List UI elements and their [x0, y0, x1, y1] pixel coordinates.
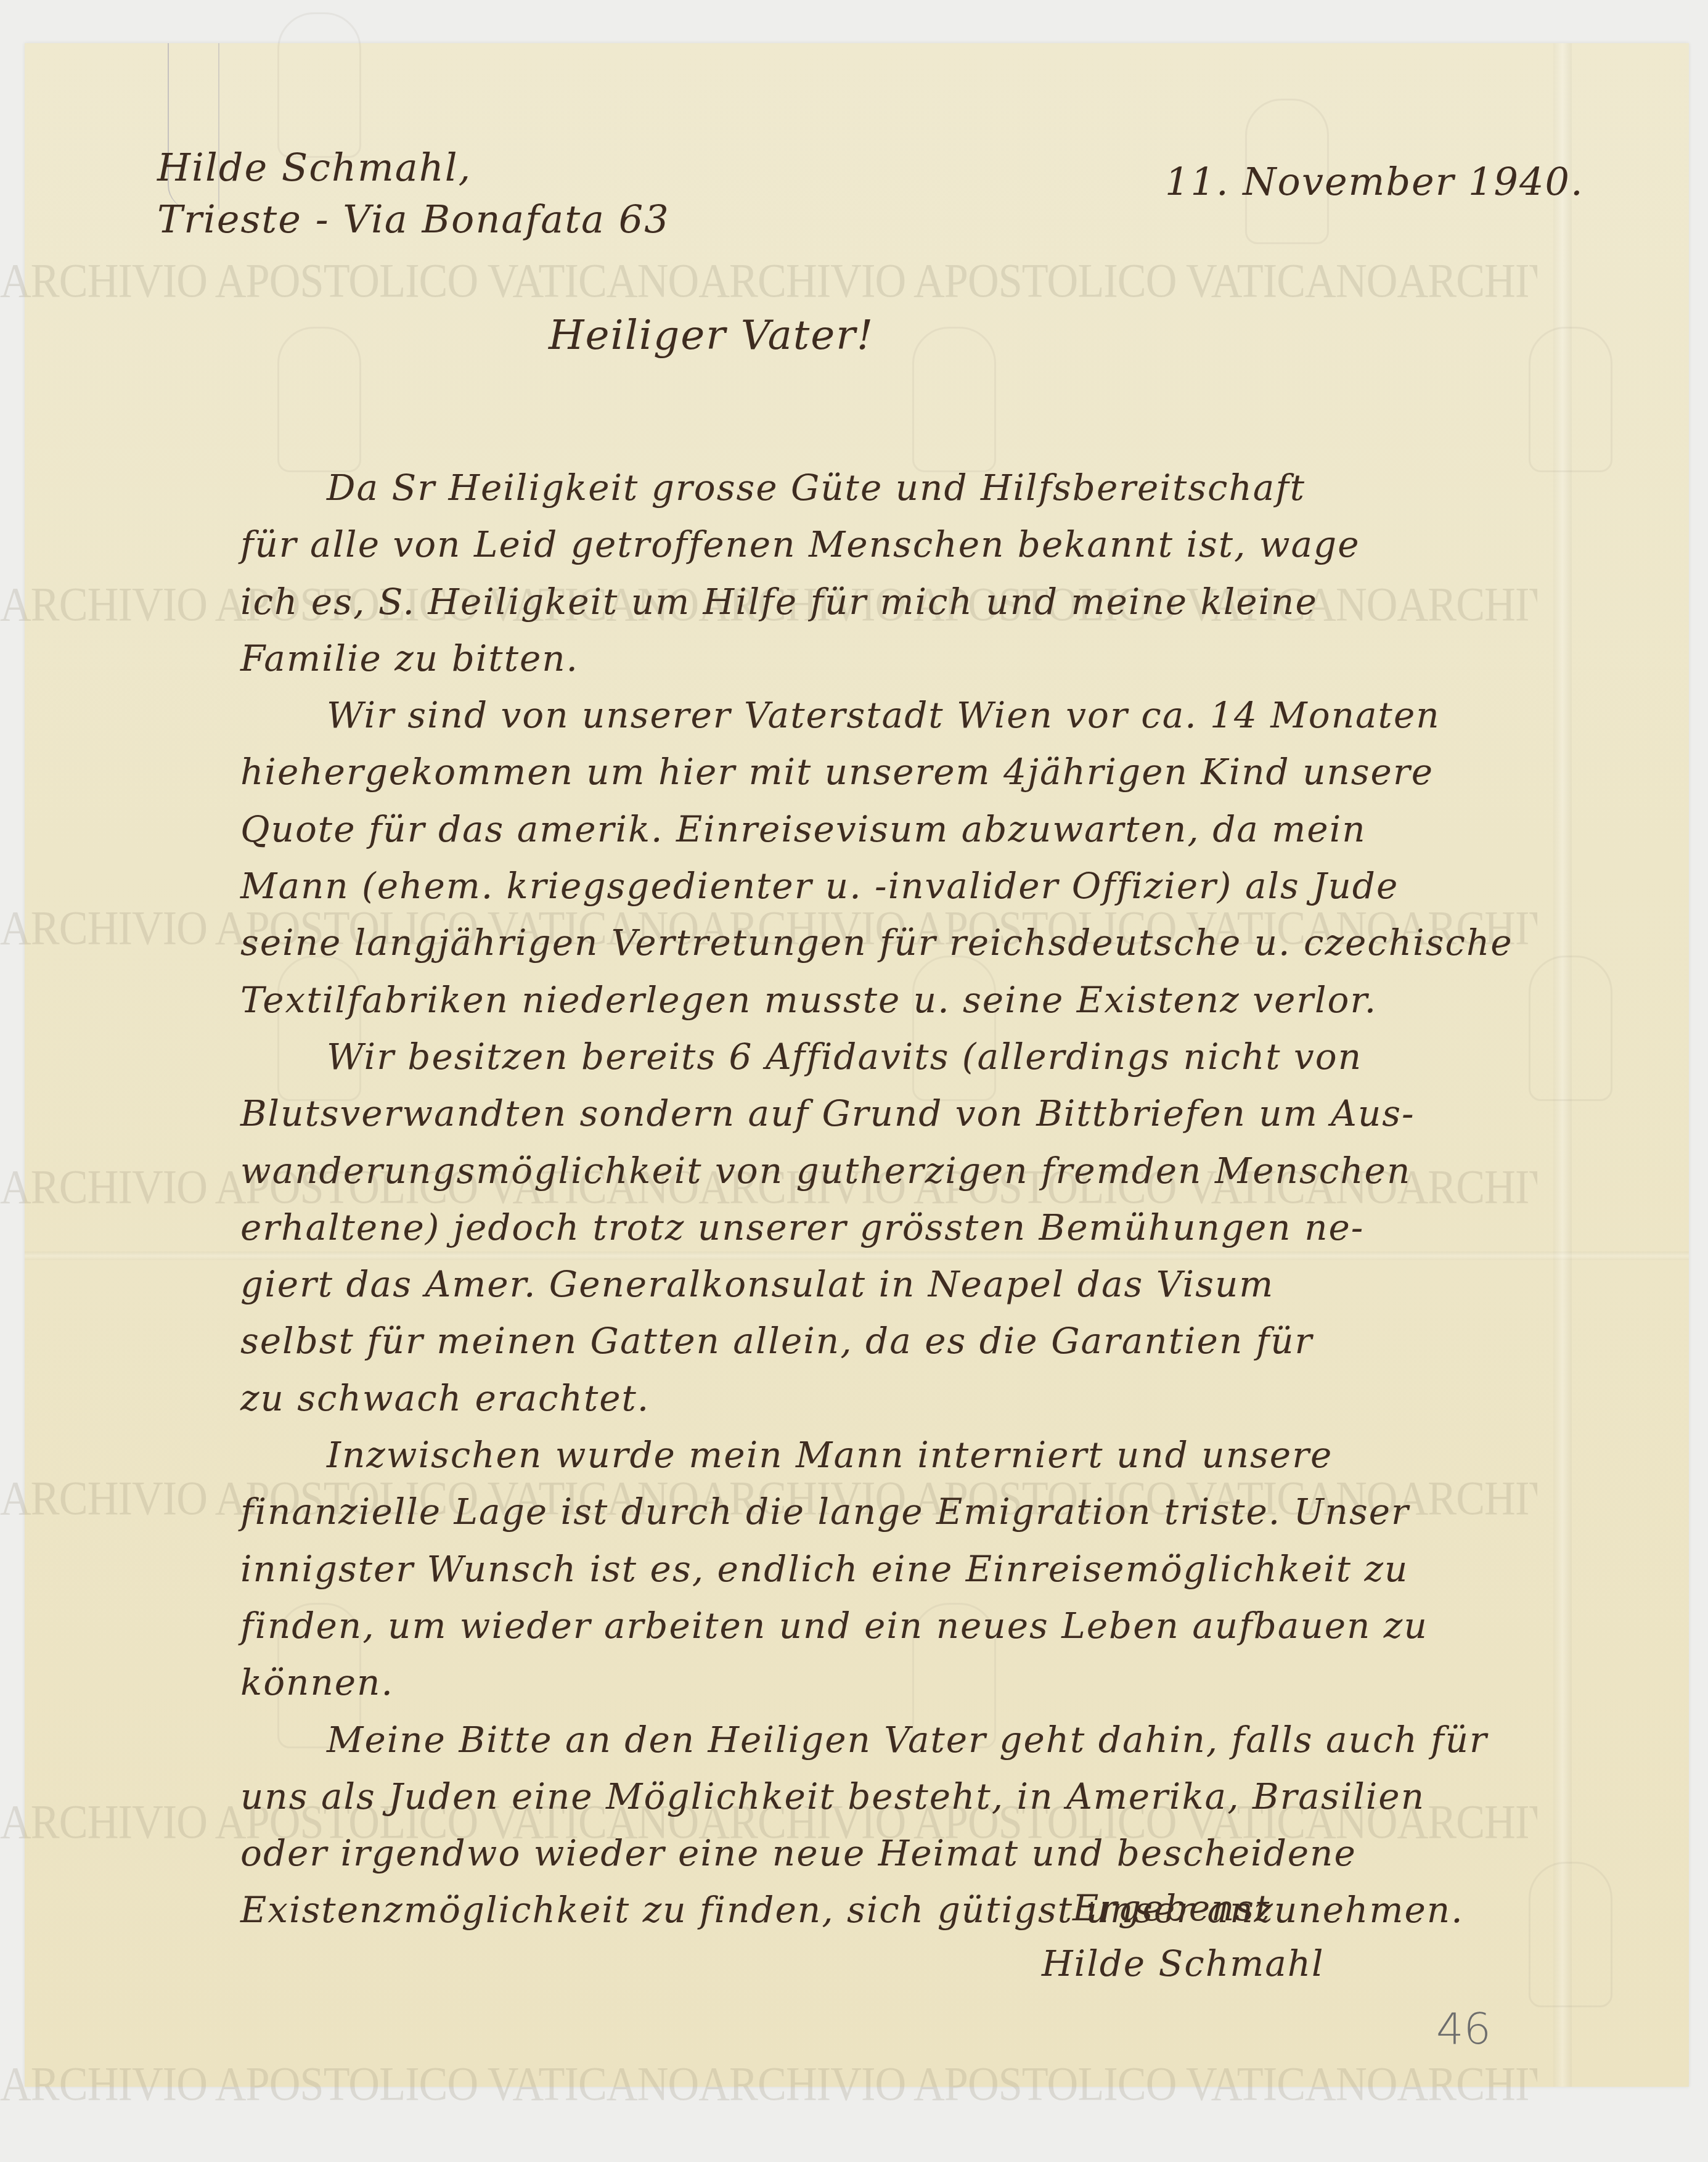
papal-emblem-watermark-icon [277, 327, 361, 472]
body-line: Textilfabriken niederlegen musste u. sei… [240, 972, 1513, 1028]
archive-watermark: ARCHIVIO APOSTOLICO VATICANOARCHIVIO APO… [0, 253, 1537, 308]
letter-body: Da Sr Heiligkeit grosse Güte und Hilfsbe… [240, 459, 1513, 1939]
body-line: Wir besitzen bereits 6 Affidavits (aller… [240, 1028, 1513, 1085]
body-line: Meine Bitte an den Heiligen Vater geht d… [240, 1711, 1513, 1768]
sender-name: Hilde Schmahl, [157, 142, 670, 194]
body-line: ich es, S. Heiligkeit um Hilfe für mich … [240, 573, 1513, 630]
body-line: Wir sind von unserer Vaterstadt Wien vor… [240, 687, 1513, 743]
signature: Hilde Schmahl [1042, 1936, 1325, 1991]
body-line: oder irgendwo wieder eine neue Heimat un… [240, 1825, 1513, 1882]
body-line: Da Sr Heiligkeit grosse Güte und Hilfsbe… [240, 459, 1513, 516]
body-line: Mann (ehem. kriegsgedienter u. -invalide… [240, 858, 1513, 914]
body-line: finden, um wieder arbeiten und ein neues… [240, 1597, 1513, 1654]
body-line: wanderungsmöglichkeit von gutherzigen fr… [240, 1142, 1513, 1199]
closing-phrase: Ergebenst [1042, 1880, 1325, 1936]
sender-block: Hilde Schmahl, Trieste - Via Bonafata 63 [157, 142, 670, 245]
body-line: seine langjährigen Vertretungen für reic… [240, 914, 1513, 971]
folio-number: 46 [1436, 2004, 1491, 2054]
body-line: erhaltene) jedoch trotz unserer grössten… [240, 1199, 1513, 1256]
papal-emblem-watermark-icon [912, 327, 996, 472]
body-line: Blutsverwandten sondern auf Grund von Bi… [240, 1085, 1513, 1142]
body-line: Inzwischen wurde mein Mann interniert un… [240, 1427, 1513, 1483]
body-line: uns als Juden eine Möglichkeit besteht, … [240, 1768, 1513, 1825]
archive-watermark: ARCHIVIO APOSTOLICO VATICANOARCHIVIO APO… [0, 2056, 1537, 2111]
body-line: selbst für meinen Gatten allein, da es d… [240, 1312, 1513, 1369]
body-line: finanzielle Lage ist durch die lange Emi… [240, 1483, 1513, 1540]
papal-emblem-watermark-icon [1529, 1862, 1612, 2007]
body-line: innigster Wunsch ist es, endlich eine Ei… [240, 1541, 1513, 1597]
letter-date: 11. November 1940. [1165, 159, 1584, 204]
body-line: giert das Amer. Generalkonsulat in Neape… [240, 1256, 1513, 1312]
papal-emblem-watermark-icon [1529, 956, 1612, 1101]
body-line: für alle von Leid getroffenen Menschen b… [240, 516, 1513, 573]
sender-address: Trieste - Via Bonafata 63 [157, 194, 670, 245]
papal-emblem-watermark-icon [1529, 327, 1612, 472]
salutation: Heiliger Vater! [549, 311, 874, 359]
body-line: Quote für das amerik. Einreisevisum abzu… [240, 801, 1513, 858]
body-line: hiehergekommen um hier mit unserem 4jähr… [240, 743, 1513, 800]
body-line: können. [240, 1654, 1513, 1711]
body-line: zu schwach erachtet. [240, 1370, 1513, 1427]
body-line: Familie zu bitten. [240, 630, 1513, 687]
papal-emblem-watermark-icon [277, 12, 361, 158]
closing-block: Ergebenst Hilde Schmahl [1042, 1880, 1325, 1991]
